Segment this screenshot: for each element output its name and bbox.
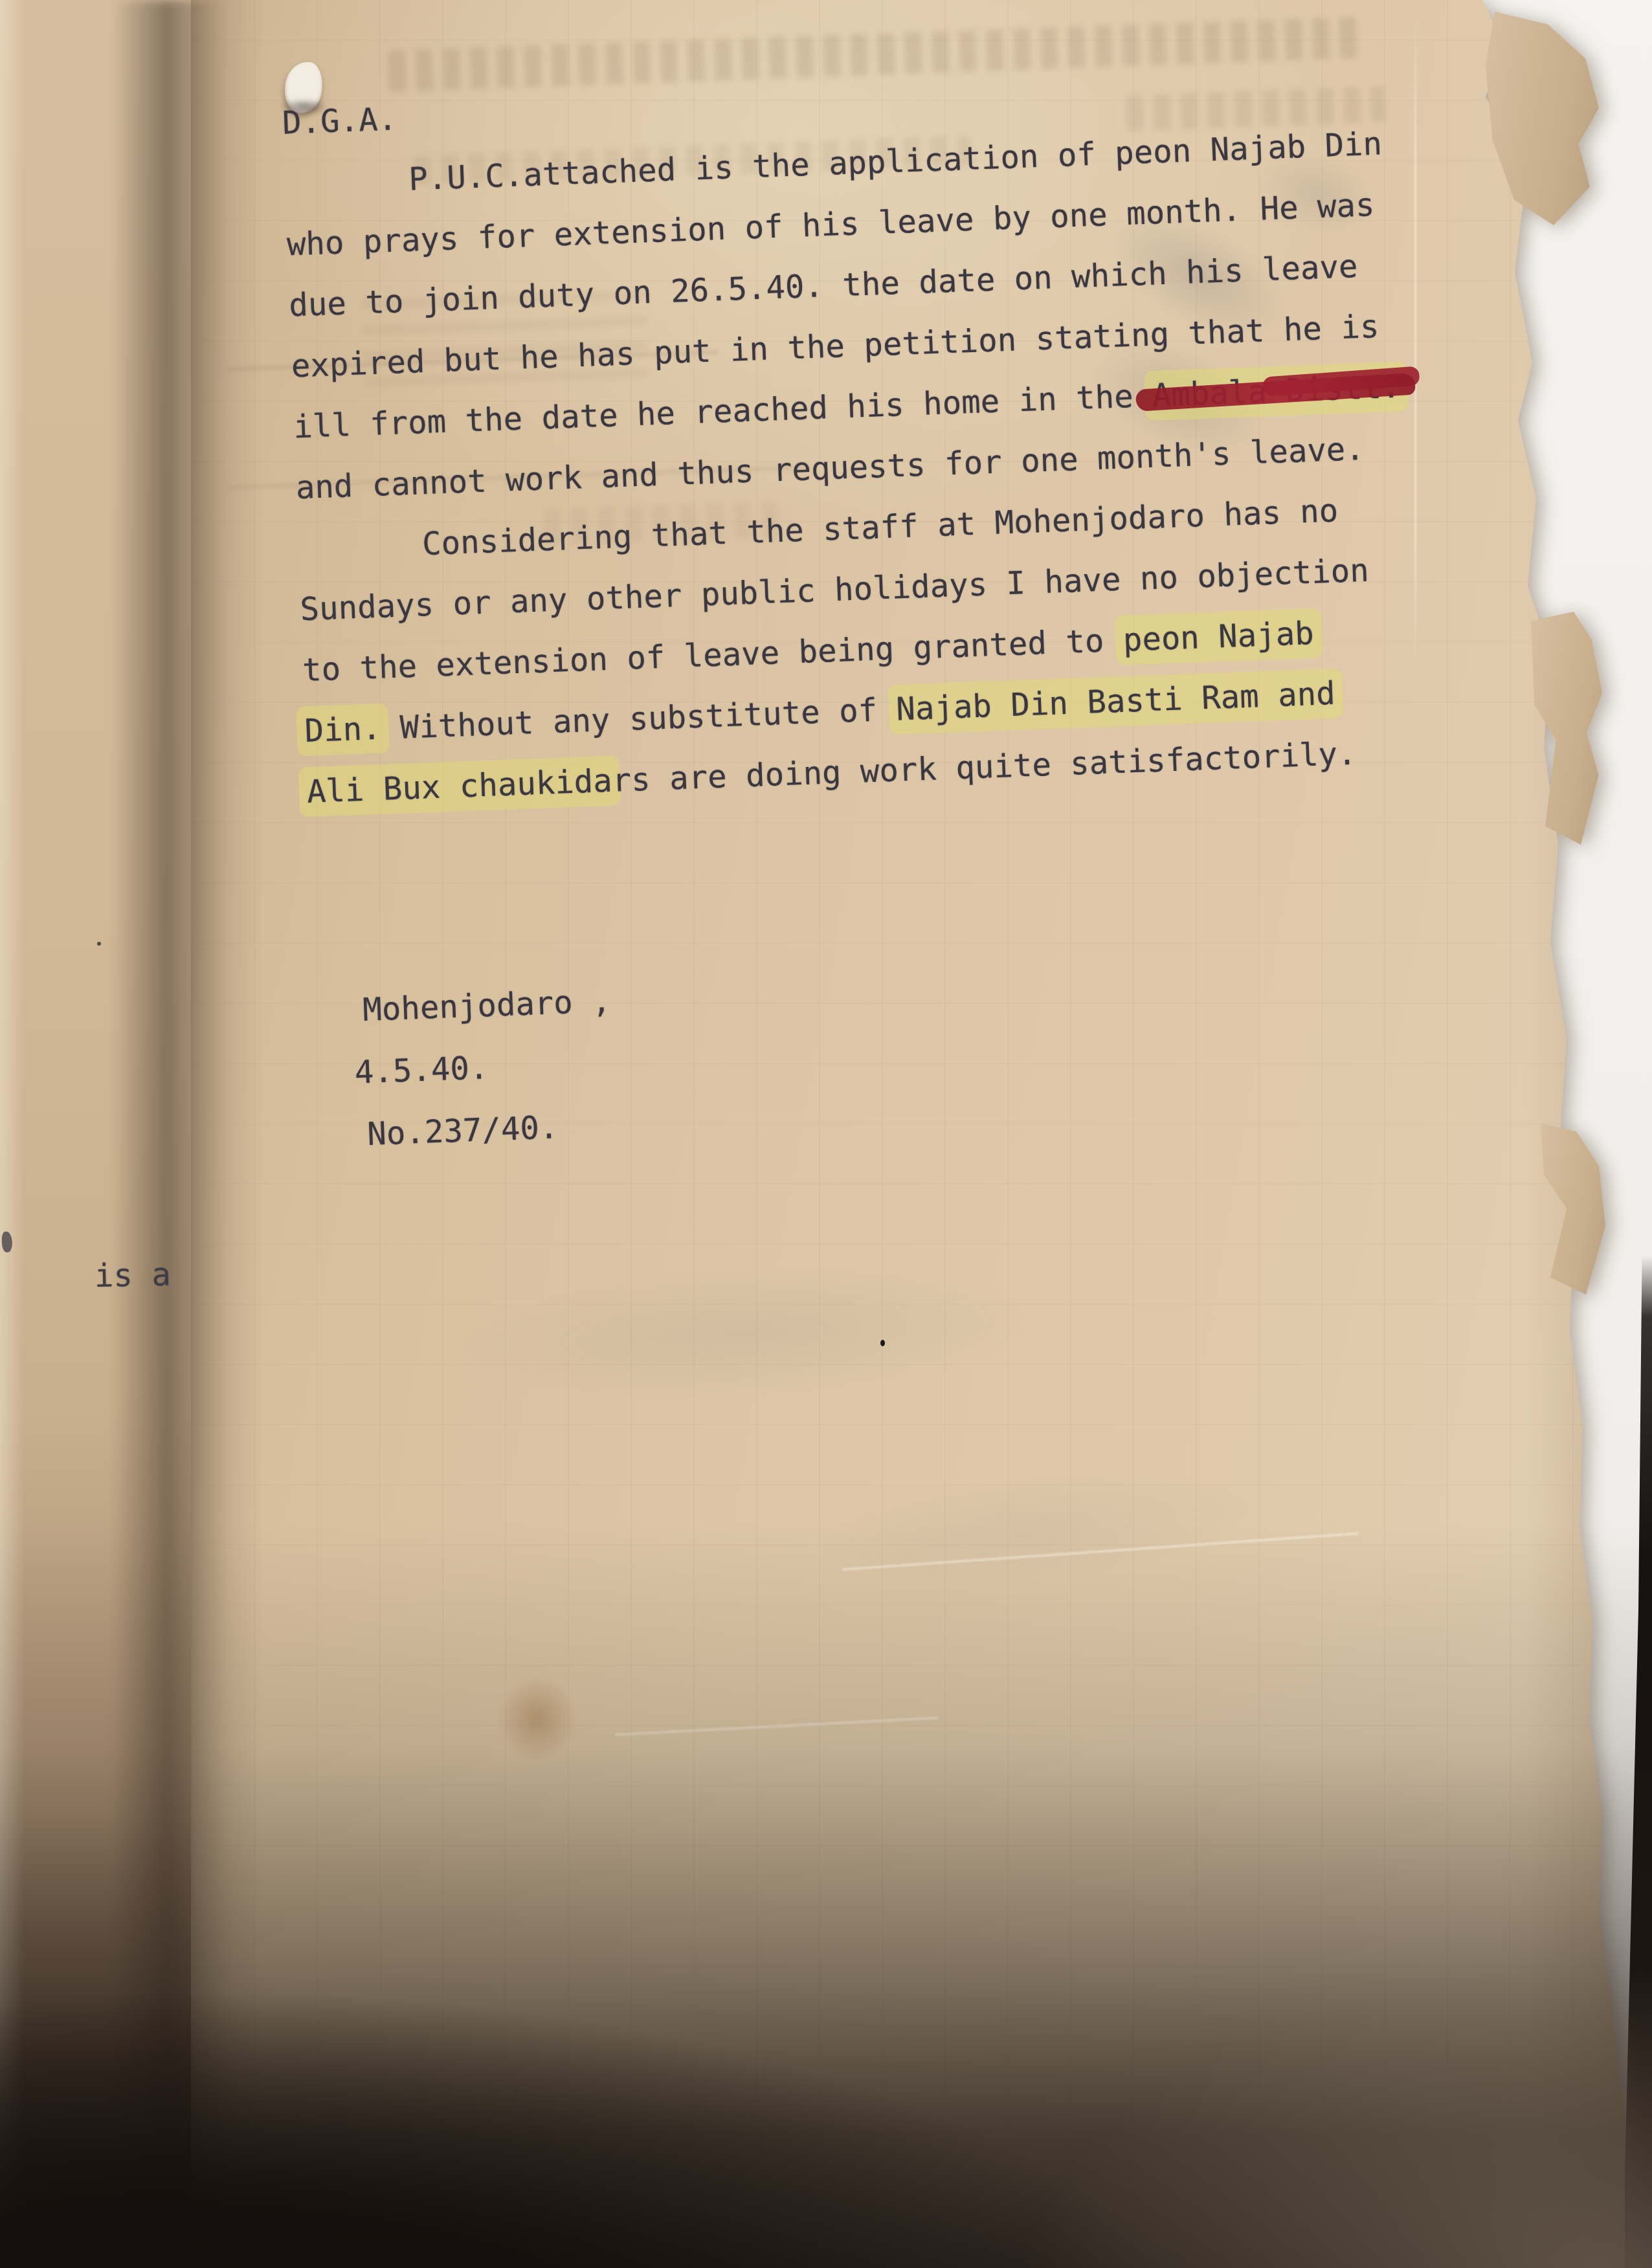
highlighted-text: Najab Din Basti Ram and <box>887 668 1344 735</box>
highlighted-text: peon Najab <box>1114 608 1323 665</box>
typed-body: D.G.A.P.U.C.attached is the application … <box>281 50 1485 1168</box>
typed-lines: D.G.A.P.U.C.attached is the application … <box>281 50 1472 823</box>
typed-text: D.G.A. <box>282 100 397 141</box>
ink-speck <box>880 1340 885 1346</box>
struck-text: Ambala Distt. <box>1144 361 1409 421</box>
highlighted-text: Din. <box>296 703 390 756</box>
highlighted-text: Ali Bux chaukida <box>298 755 621 817</box>
typed-text: Without any substitute of <box>380 691 897 747</box>
margin-text-fragment: is a <box>17 1219 172 1333</box>
scanned-document-page: D.G.A.P.U.C.attached is the application … <box>0 0 1652 2268</box>
margin-fragment-text: is a <box>94 1256 171 1295</box>
ink-speck <box>97 942 101 946</box>
paper-stain <box>498 1676 576 1761</box>
